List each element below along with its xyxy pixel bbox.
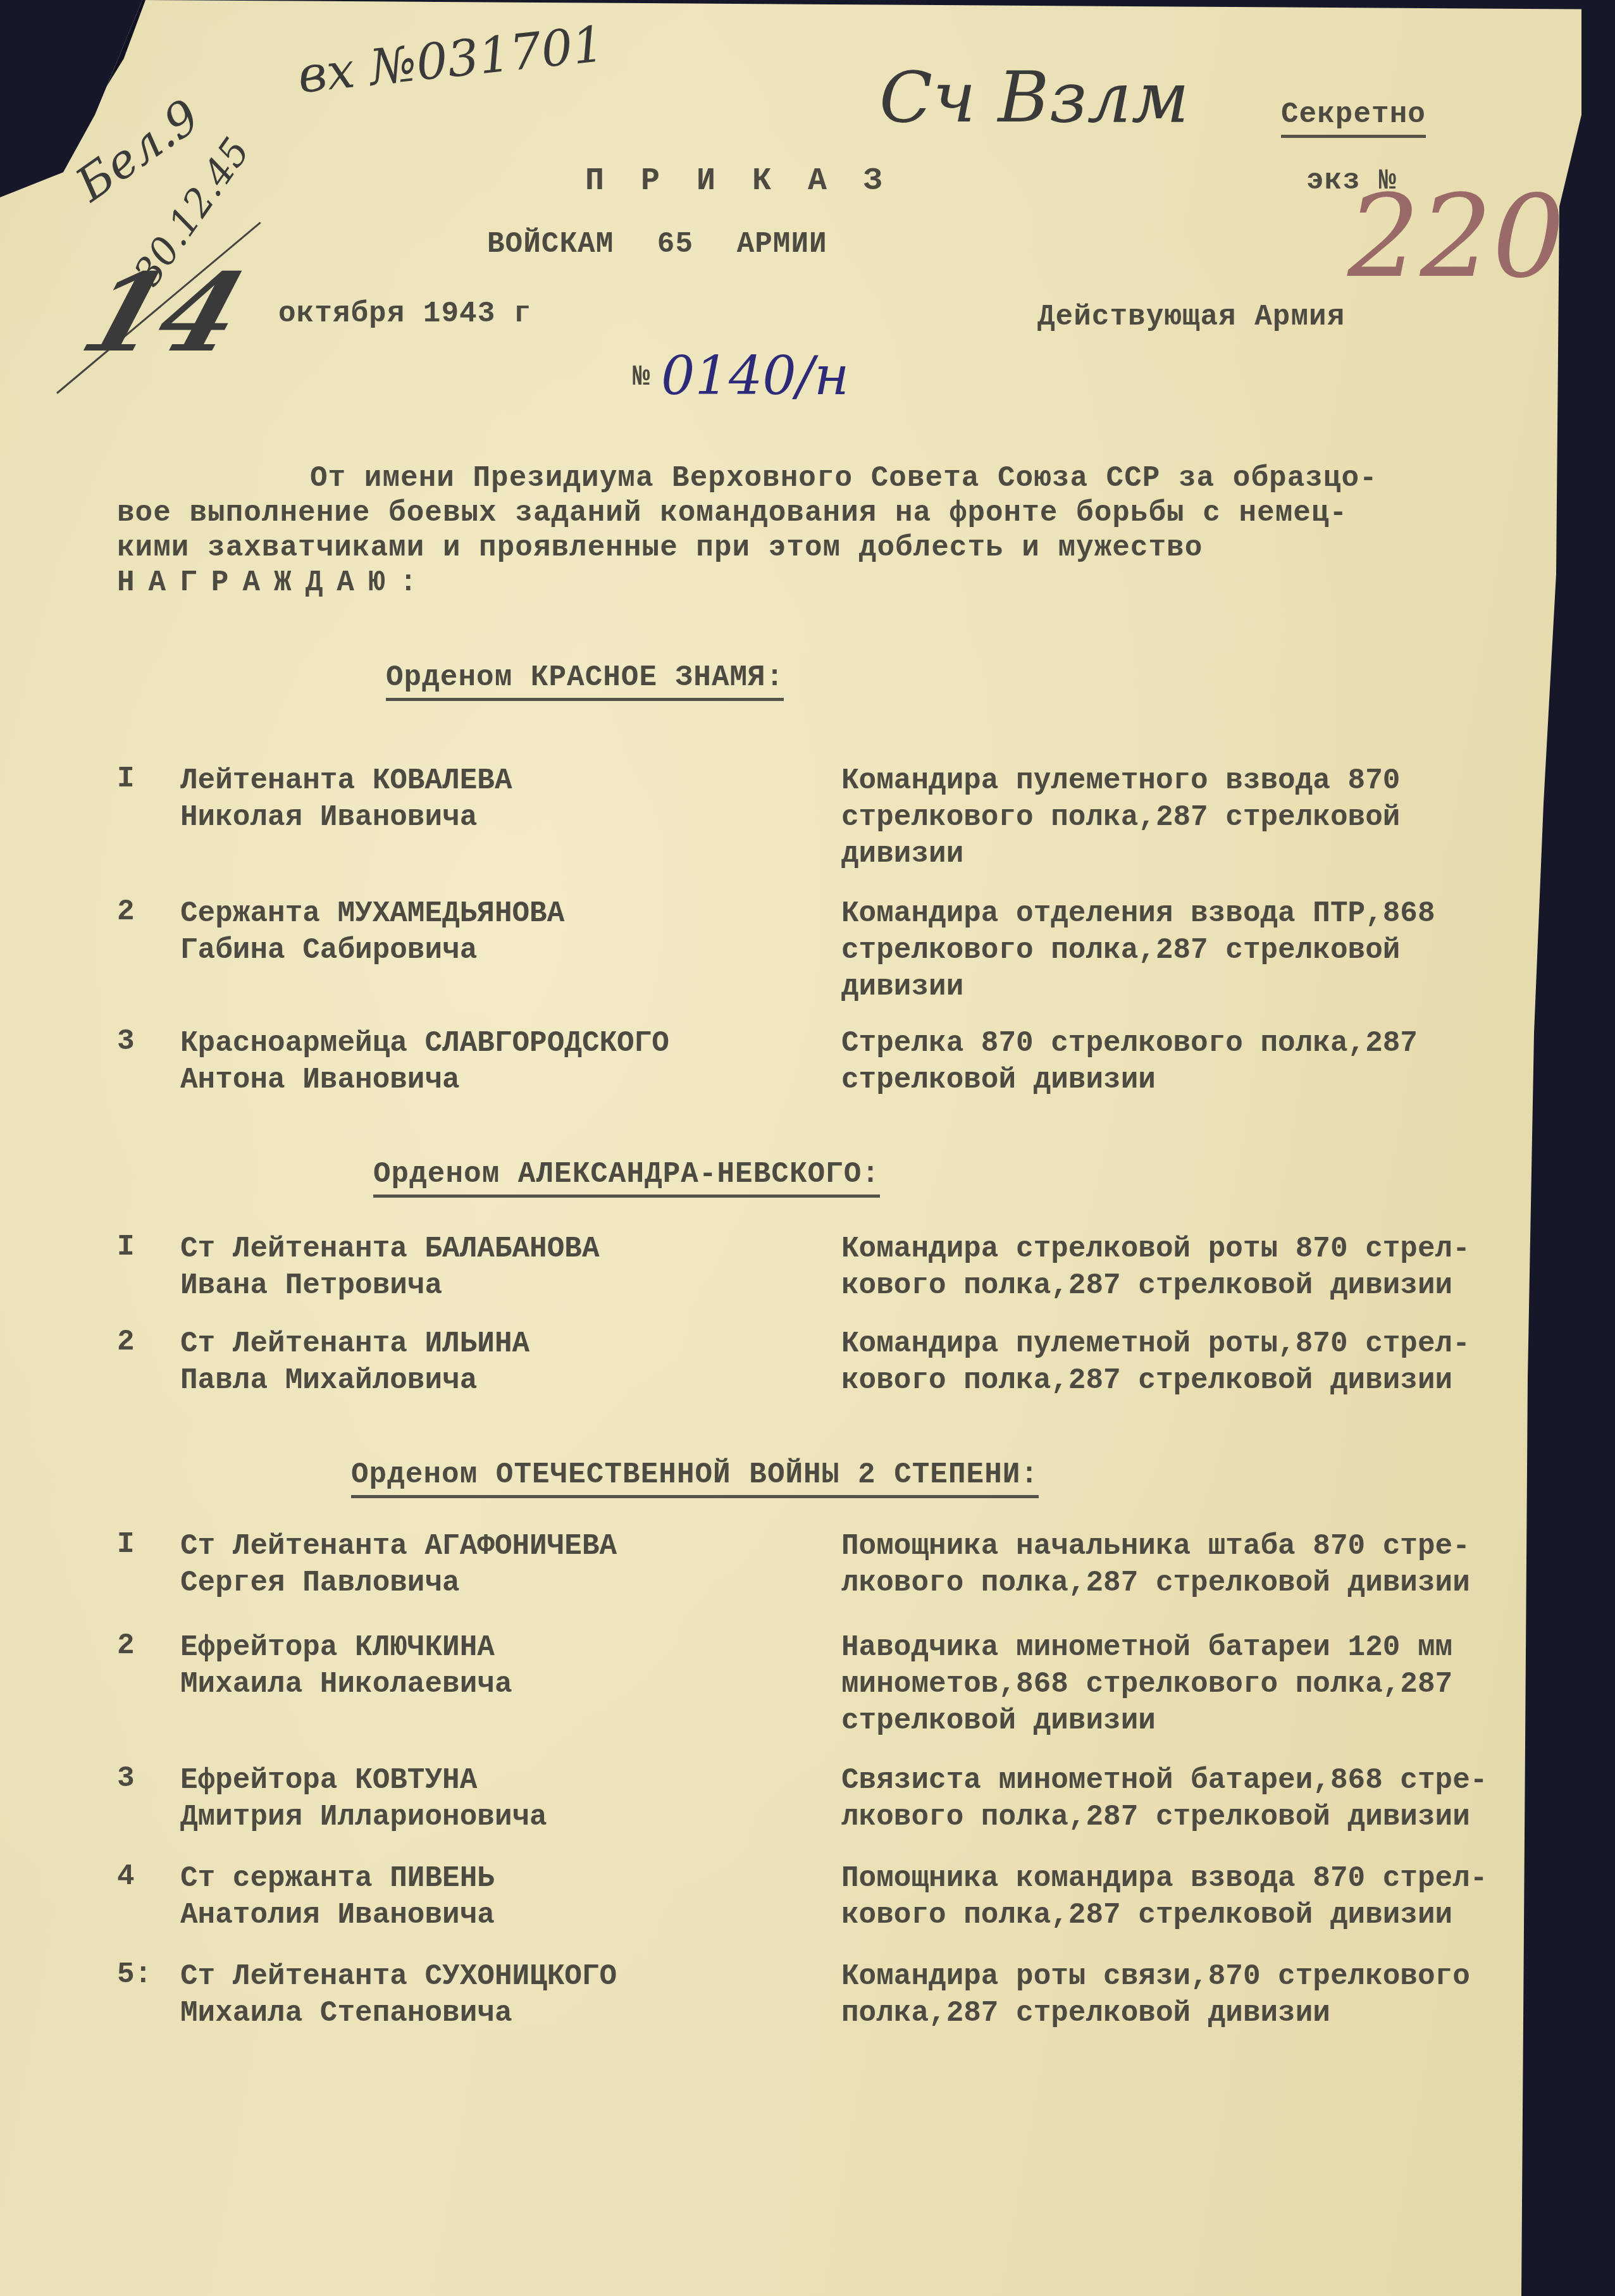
recipient-name: Ефрейтора КОВТУНА Дмитрия Илларионовича — [180, 1762, 547, 1835]
order-subtitle: ВОЙСКАМ 65 АРМИИ — [487, 228, 827, 261]
recipient-name: Ст Лейтенанта СУХОНИЦКОГО Михаила Степан… — [180, 1958, 617, 2032]
recipient-name: Ст Лейтенанта АГАФОНИЧЕВА Сергея Павлови… — [180, 1528, 617, 1601]
entry-number: 2 — [117, 895, 135, 928]
section-heading-nevsky: Орденом АЛЕКСАНДРА-НЕВСКОГО: — [373, 1158, 880, 1198]
recipient-name: Красноармейца СЛАВГОРОДСКОГО Антона Иван… — [180, 1025, 669, 1098]
entry-number: 3 — [117, 1025, 135, 1058]
preamble-line-3: кими захватчиками и проявленные при этом… — [117, 531, 1203, 564]
number-prefix: № — [633, 361, 651, 394]
recipient-name: Ст Лейтенанта ИЛЬИНА Павла Михайловича — [180, 1325, 529, 1399]
preamble-line-2: вое выполнение боевых заданий командован… — [117, 497, 1347, 530]
signature: Сч Взлм — [879, 57, 1189, 138]
section-heading-red-banner: Орденом КРАСНОЕ ЗНАМЯ: — [386, 661, 784, 701]
entry-number: 3 — [117, 1762, 135, 1795]
entry-number: 4 — [117, 1860, 135, 1893]
incoming-reference: вх №031701 — [295, 16, 607, 104]
copy-label: экз № — [1306, 164, 1397, 197]
recipient-name: Ст сержанта ПИВЕНЬ Анатолия Ивановича — [180, 1860, 495, 1933]
entry-number: 5: — [117, 1958, 152, 1991]
recipient-position: Связиста минометной батареи,868 стре- лк… — [841, 1762, 1588, 1835]
location: Действующая Армия — [1037, 301, 1345, 333]
recipient-name: Ефрейтора КЛЮЧКИНА Михаила Николаевича — [180, 1629, 512, 1703]
recipient-position: Командира пулеметной роты,870 стрел- ков… — [841, 1325, 1588, 1399]
award-verb: НАГРАЖДАЮ: — [117, 566, 431, 599]
document-page: вх №031701 Бел.9 30.12.45 Сч Взлм 14 014… — [0, 0, 1581, 2296]
order-date: октября 1943 г — [278, 297, 531, 330]
preamble-line-1: От имени Президиума Верховного Совета Со… — [310, 462, 1378, 495]
order-number: 0140/н — [661, 345, 849, 407]
recipient-name: Лейтенанта КОВАЛЕВА Николая Ивановича — [180, 762, 512, 836]
recipient-position: Командира отделения взвода ПТР,868 стрел… — [841, 895, 1588, 1005]
entry-number: 2 — [117, 1629, 135, 1662]
recipient-position: Командира роты связи,870 стрелкового пол… — [841, 1958, 1588, 2032]
order-day: 14 — [68, 250, 259, 376]
recipient-position: Командира пулеметного взвода 870 стрелко… — [841, 762, 1588, 872]
entry-number: I — [117, 1528, 135, 1561]
recipient-position: Наводчика минометной батареи 120 мм мино… — [841, 1629, 1588, 1739]
secret-stamp: Секретно — [1281, 98, 1426, 138]
section-heading-patriotic-war: Орденом ОТЕЧЕСТВЕННОЙ ВОЙНЫ 2 СТЕПЕНИ: — [351, 1458, 1039, 1498]
recipient-position: Стрелка 870 стрелкового полка,287 стрелк… — [841, 1025, 1588, 1098]
recipient-name: Ст Лейтенанта БАЛАБАНОВА Ивана Петровича — [180, 1231, 600, 1304]
page-title: П Р И К А З — [585, 163, 891, 199]
recipient-position: Помощника командира взвода 870 стрел- ко… — [841, 1860, 1588, 1933]
entry-number: I — [117, 1231, 135, 1263]
recipient-position: Помощника начальника штаба 870 стре- лко… — [841, 1528, 1588, 1601]
entry-number: 2 — [117, 1325, 135, 1358]
recipient-position: Командира стрелковой роты 870 стрел- ков… — [841, 1231, 1588, 1304]
recipient-name: Сержанта МУХАМЕДЬЯНОВА Габина Сабировича — [180, 895, 564, 969]
entry-number: I — [117, 762, 135, 795]
